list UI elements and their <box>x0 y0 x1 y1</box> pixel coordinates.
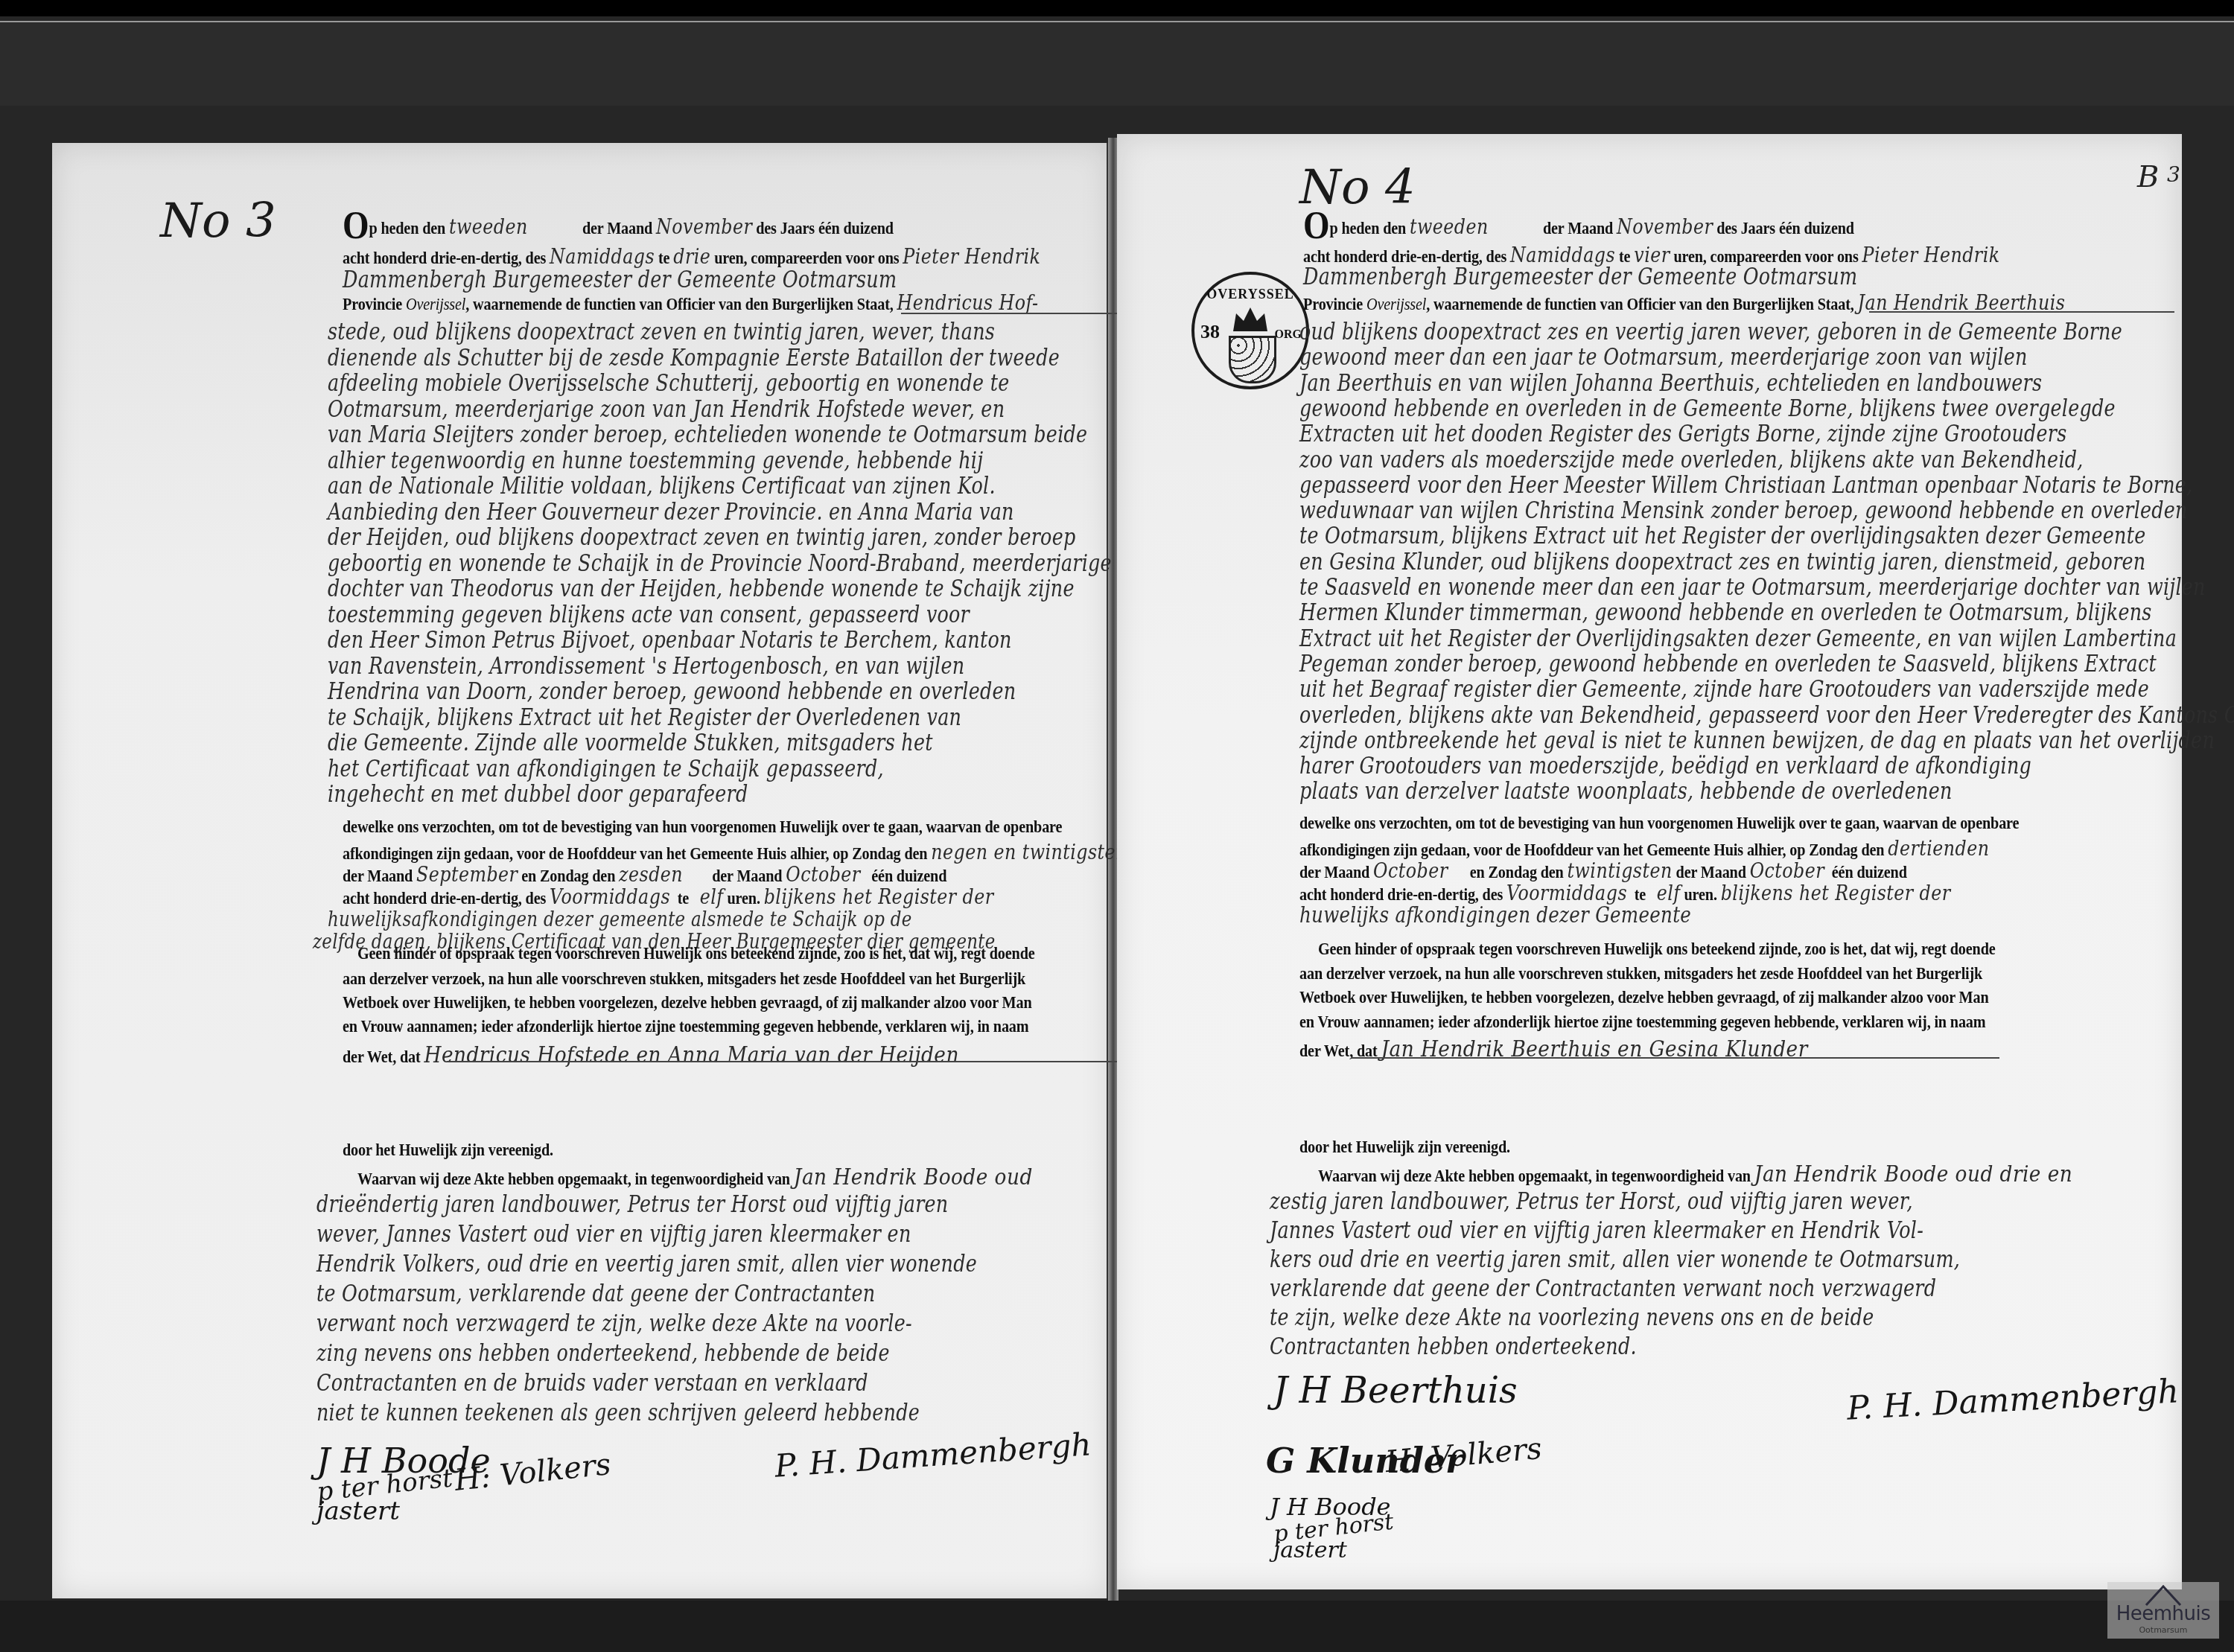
left-line-1: Op heden den tweeden der Maand November … <box>343 216 894 239</box>
right-line-1: Op heden den tweeden der Maand November … <box>1303 216 1854 239</box>
date-month: November <box>656 216 752 239</box>
left-body-line: te Schaijk, blijkens Extract uit het Reg… <box>328 704 961 731</box>
left-body-line: aan de Nationale Militie voldaan, blijke… <box>328 473 996 500</box>
left-declaration-1: Geen hinder of opspraak tegen voorschrev… <box>357 944 1035 963</box>
right-banns-2: afkondigingen zijn gedaan, voor de Hoofd… <box>1299 838 1989 861</box>
right-body-line: Extracten uit het dooden Register des Ge… <box>1299 421 2067 447</box>
right-body-line: te Saasveld en wonende meer dan een jaar… <box>1299 574 2206 601</box>
left-body-line: den Heer Simon Petrus Bijvoet, openbaar … <box>328 627 1012 654</box>
right-body-line: te Ootmarsum, blijkens Extract uit het R… <box>1299 523 2145 549</box>
left-body-line: van Maria Sleijters zonder beroep, echte… <box>328 421 1087 448</box>
right-body-line: harer Grootouders van moederszijde, beëd… <box>1299 753 2031 779</box>
right-witness-line: verklarende dat geene der Contractanten … <box>1270 1275 1936 1302</box>
left-official-line: Dammenbergh Burgemeester der Gemeente Oo… <box>343 267 897 293</box>
left-body-line: toestemming gegeven blijkens acte van co… <box>328 602 970 628</box>
right-declaration-3: Wetboek over Huwelijken, te hebben voorg… <box>1299 988 1989 1007</box>
left-body-line: geboortig en wonende te Schaijk in de Pr… <box>328 550 1112 577</box>
left-body-line: die Gemeente. Zijnde alle voormelde Stuk… <box>328 730 933 756</box>
signature-beerthuis: J H Beerthuis <box>1273 1370 1518 1412</box>
left-united: door het Huwelijk zijn vereenigd. <box>343 1141 553 1160</box>
scanner-top-border <box>0 0 2234 16</box>
left-body-line: dochter van Theodorus van der Heijden, h… <box>328 575 1075 602</box>
entry-number-left: No 3 <box>160 194 276 249</box>
right-body-line: zoo van vaders als moederszijde mede ove… <box>1299 447 2084 473</box>
left-declaration-3: Wetboek over Huwelijken, te hebben voorg… <box>343 993 1032 1012</box>
right-body-line: gepasseerd voor den Heer Meester Willem … <box>1299 472 2192 499</box>
left-body-line: afdeeling mobiele Overijsselsche Schutte… <box>328 370 1009 397</box>
left-body-line: het Certificaat van afkondigingen te Sch… <box>328 756 884 782</box>
left-body-line: der Heijden, oud blijkens doopextract ze… <box>328 524 1075 551</box>
left-body-line: alhier tegenwoordig en hunne toestemming… <box>328 447 983 474</box>
right-body-line: Pegeman zonder beroep, gewoond hebbende … <box>1299 651 2157 677</box>
date-day: tweeden <box>449 216 528 239</box>
right-body-line: Extract uit het Register der Overlijding… <box>1299 625 2177 652</box>
right-body-line: gewoond hebbende en overleden in de Geme… <box>1299 395 2116 422</box>
left-witness-line: drieëndertig jaren landbouwer, Petrus te… <box>316 1191 948 1218</box>
right-body-line: en Gesina Klunder, oud blijkens doopextr… <box>1299 549 2145 575</box>
scan-backdrop-bottom <box>0 1601 2234 1652</box>
right-witness-line: Jannes Vastert oud vier en vijftig jaren… <box>1270 1217 1923 1244</box>
right-witness-line: kers oud drie en veertig jaren smit, all… <box>1270 1246 1960 1273</box>
left-banns-4: acht honderd drie-en-dertig, des Voormid… <box>343 886 994 909</box>
left-body-line: dienende als Schutter bij de zesde Kompa… <box>328 345 1060 371</box>
left-witness-line: verwant noch verzwagerd te zijn, welke d… <box>316 1310 912 1337</box>
right-body-line: Jan Beerthuis en van wijlen Johanna Beer… <box>1299 370 2042 397</box>
right-witness-line: te zijn, welke deze Akte na voorlezing n… <box>1270 1304 1874 1331</box>
left-witness-line: te Ootmarsum, verklarende dat geene der … <box>316 1281 875 1307</box>
right-declaration-1: Geen hinder of opspraak tegen voorschrev… <box>1318 940 1996 959</box>
left-body-line: stede, oud blijkens doopextract zeven en… <box>328 319 995 345</box>
right-declaration-4: en Vrouw aannamen; ieder afzonderlijk hi… <box>1299 1012 1985 1032</box>
heemhuis-watermark: Heemhuis Ootmarsum <box>2107 1582 2219 1639</box>
page-mark: B <box>2137 160 2159 194</box>
right-body-line: plaats van derzelver laatste woonplaats,… <box>1299 778 1953 805</box>
left-witness-line: Hendrik Volkers, oud drie en veertig jar… <box>316 1251 977 1278</box>
left-banns-2: afkondigingen zijn gedaan, voor de Hoofd… <box>343 841 1127 864</box>
right-witness-line: zestig jaren landbouwer, Petrus ter Hors… <box>1270 1188 1913 1215</box>
left-banns-3: der Maand September en Zondag den zesden… <box>343 864 946 887</box>
left-declaration-2: aan derzelver verzoek, na hun alle voors… <box>343 969 1025 989</box>
right-witnesses-intro: Waarvan wij deze Akte hebben opgemaakt, … <box>1318 1161 2072 1187</box>
left-witnesses-intro: Waarvan wij deze Akte hebben opgemaakt, … <box>357 1164 1033 1190</box>
left-body-line: Hendrina van Doorn, zonder beroep, gewoo… <box>328 678 1016 705</box>
right-declaration-2: aan derzelver verzoek, na hun alle voors… <box>1299 964 1982 983</box>
left-declaration-4: en Vrouw aannamen; ieder afzonderlijk hi… <box>343 1017 1028 1036</box>
overijssel-tax-stamp: OVERYSSEL 38 ORG <box>1191 272 1309 389</box>
left-witness-line: zing nevens ons hebben onderteekend, heb… <box>316 1340 890 1367</box>
right-body-line: overleden, blijkens akte van Bekendheid,… <box>1299 702 2234 729</box>
signature-vastert-left: jastert <box>316 1496 400 1526</box>
left-body-line: van Ravenstein, Arrondissement 's Hertog… <box>328 653 964 680</box>
scan-backdrop <box>0 22 2234 106</box>
left-line-4: Provincie Overijssel, waarnemende de fun… <box>343 292 1038 315</box>
left-couple: der Wet, dat Hendricus Hofstede en Anna … <box>343 1042 959 1068</box>
left-body-line: Aanbieding den Heer Gouverneur dezer Pro… <box>328 499 1014 526</box>
right-body-line: weduwnaar van wijlen Christina Mensink z… <box>1299 497 2188 524</box>
left-line-2: acht honderd drie-en-dertig, des Namidda… <box>343 246 1040 269</box>
right-body-line: zijnde ontbreekende het geval is niet te… <box>1299 727 2215 754</box>
right-banns-1: dewelke ons verzochten, om tot de bevest… <box>1299 814 2019 833</box>
right-body-line: gewoond meer dan een jaar te Ootmarsum, … <box>1299 344 2028 371</box>
left-body-line: ingehecht en met dubbel door geparafeerd <box>328 781 748 808</box>
signature-vastert-right: jastert <box>1273 1537 1347 1563</box>
left-witness-line: Contractanten en de bruids vader verstaa… <box>316 1370 868 1397</box>
left-witness-line: wever, Jannes Vastert oud vier en vijfti… <box>316 1221 911 1248</box>
left-body-line: Ootmarsum, meerderjarige zoon van Jan He… <box>328 396 1005 423</box>
left-banns-1: dewelke ons verzochten, om tot de bevest… <box>343 817 1062 837</box>
right-witness-line: Contractanten hebben onderteekend. <box>1270 1333 1637 1360</box>
right-banns-3: der Maand October en Zondag den twintigs… <box>1299 860 1907 883</box>
shield-icon <box>1229 336 1276 383</box>
right-body-line: Hermen Klunder timmerman, gewoond hebben… <box>1299 599 2152 626</box>
right-body-line: oud blijkens doopextract zes en veertig … <box>1299 319 2122 345</box>
right-official-line: Dammenbergh Burgemeester der Gemeente Oo… <box>1303 264 1857 290</box>
right-body-line: uit het Begraaf register dier Gemeente, … <box>1299 676 2149 703</box>
left-witness-line: niet te kunnen teekenen als geen schrijv… <box>316 1400 920 1426</box>
right-united: door het Huwelijk zijn vereenigd. <box>1299 1138 1510 1157</box>
crown-icon <box>1230 304 1270 334</box>
page-number: 3 <box>2167 162 2180 187</box>
